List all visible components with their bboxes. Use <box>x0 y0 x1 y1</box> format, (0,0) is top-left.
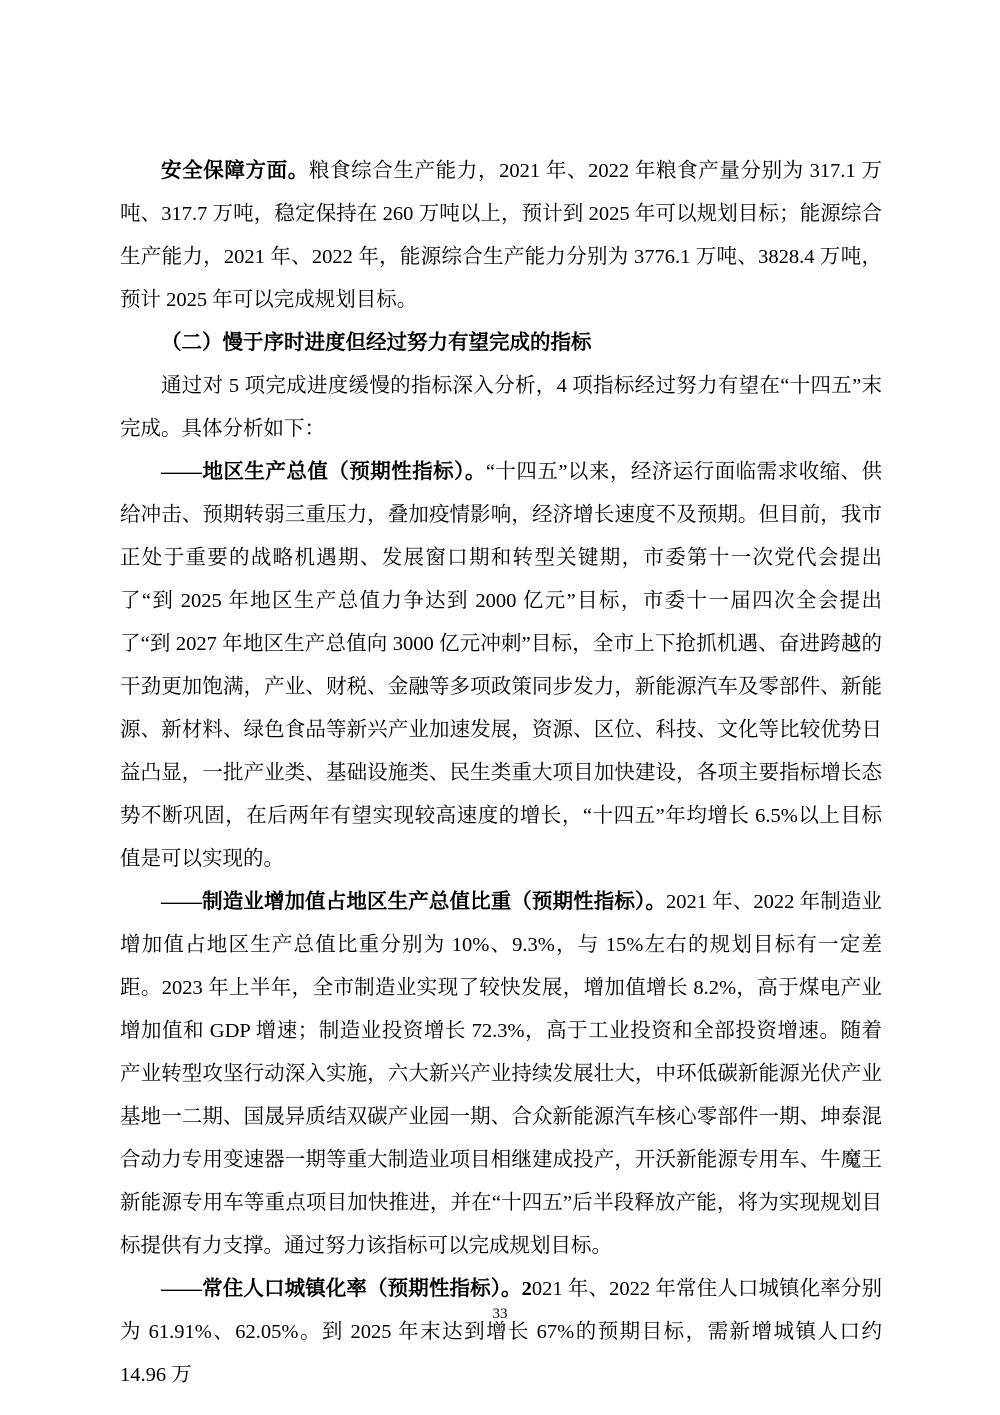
document-body: 安全保障方面。粮食综合生产能力，2021 年、2022 年粮食产量分别为 317… <box>120 150 882 1397</box>
paragraph-urbanization-lead: ——常住人口城镇化率（预期性指标）。2 <box>161 1278 532 1300</box>
paragraph-analysis-intro: 通过对 5 项完成进度缓慢的指标深入分析，4 项指标经过努力有望在“十四五”末完… <box>120 365 882 451</box>
paragraph-gdp-text: “十四五”以来，经济运行面临需求收缩、供给冲击、预期转弱三重压力，叠加疫情影响，… <box>120 461 882 870</box>
paragraph-gdp-indicator: ——地区生产总值（预期性指标）。“十四五”以来，经济运行面临需求收缩、供给冲击、… <box>120 451 882 881</box>
paragraph-gdp-lead: ——地区生产总值（预期性指标）。 <box>161 461 486 483</box>
paragraph-security-text: 粮食综合生产能力，2021 年、2022 年粮食产量分别为 317.1 万吨、3… <box>120 160 882 311</box>
paragraph-manufacturing-indicator: ——制造业增加值占地区生产总值比重（预期性指标）。2021 年、2022 年制造… <box>120 881 882 1268</box>
page-number: 33 <box>0 1306 1000 1323</box>
paragraph-urbanization-indicator: ——常住人口城镇化率（预期性指标）。2021 年、2022 年常住人口城镇化率分… <box>120 1268 882 1397</box>
document-page: 安全保障方面。粮食综合生产能力，2021 年、2022 年粮食产量分别为 317… <box>0 0 1000 1415</box>
section-heading-slow-indicators: （二）慢于序时进度但经过努力有望完成的指标 <box>120 322 882 365</box>
paragraph-security-lead: 安全保障方面。 <box>161 160 309 182</box>
paragraph-manufacturing-text: 2021 年、2022 年制造业增加值占地区生产总值比重分别为 10%、9.3%… <box>120 891 882 1257</box>
paragraph-manufacturing-lead: ——制造业增加值占地区生产总值比重（预期性指标）。 <box>161 891 666 913</box>
paragraph-security-guarantee: 安全保障方面。粮食综合生产能力，2021 年、2022 年粮食产量分别为 317… <box>120 150 882 322</box>
